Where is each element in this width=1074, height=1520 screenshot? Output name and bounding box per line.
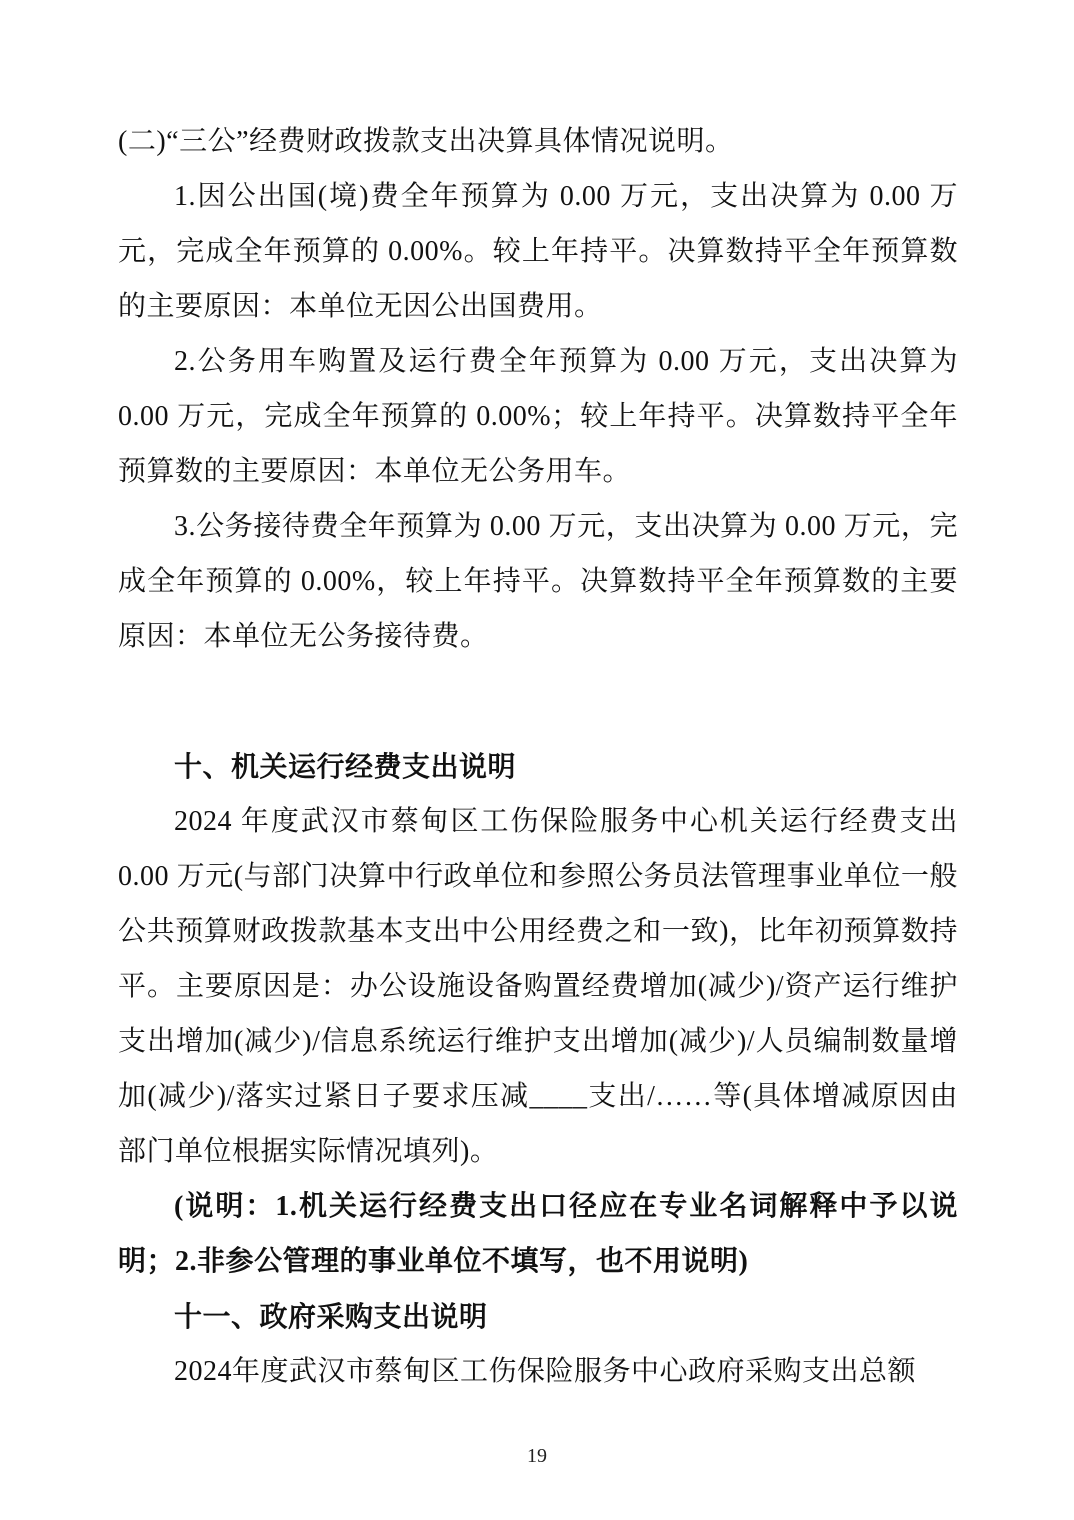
document-body: (二)“三公”经费财政拨款支出决算具体情况说明。 1.因公出国(境)费全年预算为… <box>118 114 958 1399</box>
section-ten-note: (说明：1.机关运行经费支出口径应在专业名词解释中予以说明；2.非参公管理的事业… <box>118 1179 958 1289</box>
section-sangong-title: (二)“三公”经费财政拨款支出决算具体情况说明。 <box>118 114 958 169</box>
section-gap <box>118 664 958 739</box>
sangong-item-reception: 3.公务接待费全年预算为 0.00 万元，支出决算为 0.00 万元，完成全年预… <box>118 499 958 664</box>
document-page: (二)“三公”经费财政拨款支出决算具体情况说明。 1.因公出国(境)费全年预算为… <box>0 0 1074 1520</box>
section-eleven-body: 2024年度武汉市蔡甸区工伤保险服务中心政府采购支出总额 <box>118 1344 958 1399</box>
sangong-item-vehicle: 2.公务用车购置及运行费全年预算为 0.00 万元，支出决算为 0.00 万元，… <box>118 334 958 499</box>
heading-section-eleven: 十一、政府采购支出说明 <box>118 1289 958 1344</box>
sangong-item-abroad: 1.因公出国(境)费全年预算为 0.00 万元，支出决算为 0.00 万元，完成… <box>118 169 958 334</box>
heading-section-ten: 十、机关运行经费支出说明 <box>118 739 958 794</box>
page-number: 19 <box>0 1444 1074 1468</box>
section-ten-body: 2024 年度武汉市蔡甸区工伤保险服务中心机关运行经费支出 0.00 万元(与部… <box>118 794 958 1179</box>
